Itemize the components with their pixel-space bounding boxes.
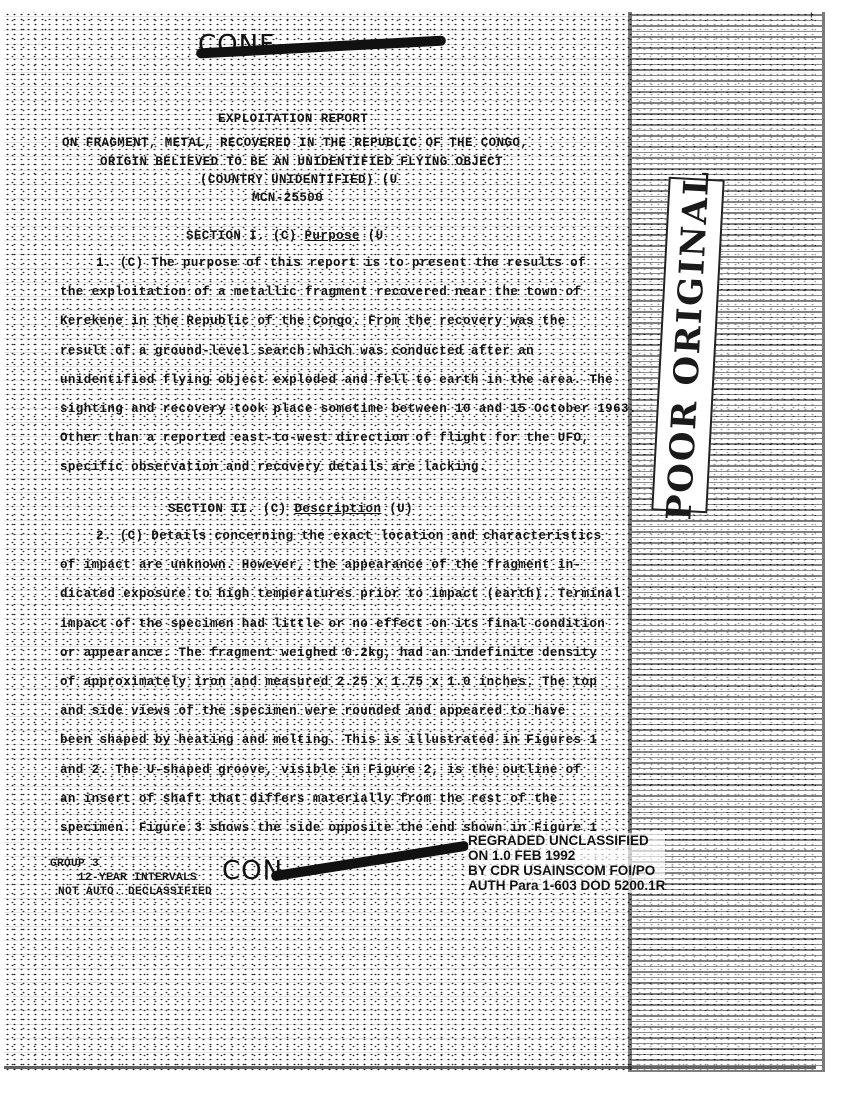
body-line: Other than a reported east-to-west direc…	[60, 431, 589, 445]
regraded-line: ON 1.0 FEB 1992	[468, 848, 665, 863]
subject-line-3: (COUNTRY UNIDENTIFIED) (U	[200, 173, 398, 187]
section-2-title: Description	[294, 502, 381, 516]
section-1-suffix: (U	[368, 229, 384, 243]
regraded-line: AUTH Para 1-603 DOD 5200.1R	[468, 878, 665, 893]
section-1-heading: SECTION I. (C) Purpose (U	[186, 229, 384, 243]
section-2-heading: SECTION II. (C) Description (U)	[168, 502, 413, 516]
group-line-3: NOT AUTO. DECLASSIFIED	[58, 886, 212, 898]
body-line: dicated exposure to high temperatures pr…	[60, 587, 621, 601]
group-line-2: 12-YEAR INTERVALS	[78, 872, 197, 884]
body-line: specific observation and recovery detail…	[60, 460, 487, 474]
stamp-text: POOR ORIGINAL	[659, 169, 717, 522]
body-line: sighting and recovery took place sometim…	[60, 402, 637, 416]
report-title: EXPLOITATION REPORT	[218, 112, 368, 126]
body-line: of approximately iron and measured 2.25 …	[60, 675, 597, 689]
section-1-title: Purpose	[305, 229, 360, 243]
regraded-stamp: REGRADED UNCLASSIFIED ON 1.0 FEB 1992 BY…	[468, 833, 665, 893]
body-line: an insert of shaft that differs material…	[60, 792, 558, 806]
body-line: unidentified flying object exploded and …	[60, 373, 613, 387]
regraded-line: REGRADED UNCLASSIFIED	[468, 833, 665, 848]
subject-line-1: ON FRAGMENT, METAL, RECOVERED IN THE REP…	[62, 136, 528, 150]
body-line: and side views of the specimen were roun…	[60, 704, 566, 718]
body-line: of impact are unknown. However, the appe…	[60, 558, 581, 572]
body-line: 1. (C) The purpose of this report is to …	[96, 256, 586, 270]
regraded-line: BY CDR USAINSCOM FOI/PO	[468, 863, 665, 878]
report-number: MCN-25500	[252, 191, 323, 205]
section-2-suffix: (U)	[389, 502, 413, 516]
section-1-prefix: SECTION I. (C)	[186, 229, 297, 243]
body-line: and 2. The U-shaped groove, visible in F…	[60, 763, 581, 777]
page-bottom-rule	[4, 1066, 816, 1069]
page-edge-mark: !	[808, 12, 815, 24]
section-2-prefix: SECTION II. (C)	[168, 502, 287, 516]
body-line: been shaped by heating and melting. This…	[60, 733, 597, 747]
body-line: impact of the specimen had little or no …	[60, 617, 605, 631]
group-line-1: GROUP 3	[50, 858, 99, 870]
copy-artifact-strip	[628, 12, 825, 1072]
subject-line-2: ORIGIN BELIEVED TO BE AN UNIDENTIFIED FL…	[100, 155, 503, 169]
body-line: Kerekene in the Republic of the Congo. F…	[60, 314, 566, 328]
body-line: or appearance. The fragment weighed 0.2k…	[60, 646, 597, 660]
body-line: result of a ground-level search which wa…	[60, 344, 534, 358]
body-line: the exploitation of a metallic fragment …	[60, 285, 581, 299]
body-line: 2. (C) Details concerning the exact loca…	[96, 529, 602, 543]
